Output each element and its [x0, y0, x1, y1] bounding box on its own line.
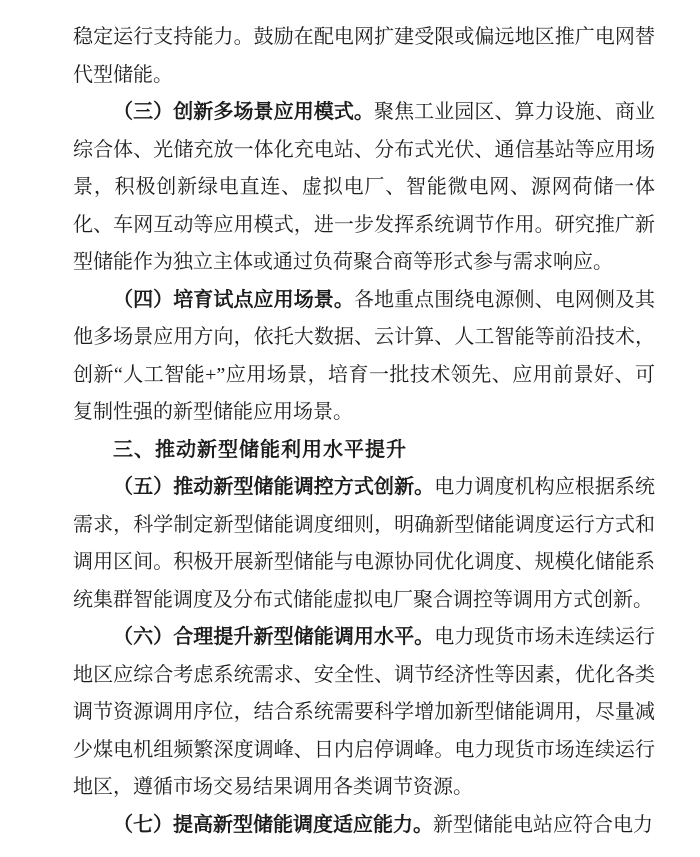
document-paragraph: （七）提高新型储能调度适应能力。新型储能电站应符合电力 — [73, 807, 655, 845]
section-heading: 三、推动新型储能利用水平提升 — [73, 432, 655, 470]
paragraph-body-text: 稳定运行支持能力。鼓励在配电网扩建受限或偏远地区推广电网替代型储能。 — [73, 26, 655, 86]
document-paragraph: 稳定运行支持能力。鼓励在配电网扩建受限或偏远地区推广电网替代型储能。 — [73, 19, 655, 94]
paragraph-lead-text: （五）推动新型储能调控方式创新。 — [113, 476, 434, 498]
document-body: 稳定运行支持能力。鼓励在配电网扩建受限或偏远地区推广电网替代型储能。（三）创新多… — [73, 19, 655, 844]
paragraph-lead-text: （六）合理提升新型储能调用水平。 — [113, 626, 434, 648]
paragraph-lead-text: 三、推动新型储能利用水平提升 — [113, 439, 407, 461]
paragraph-lead-text: （七）提高新型储能调度适应能力。 — [113, 814, 433, 836]
paragraph-lead-text: （三）创新多场景应用模式。 — [113, 101, 374, 123]
document-paragraph: （三）创新多场景应用模式。聚焦工业园区、算力设施、商业综合体、光储充放一体化充电… — [73, 94, 655, 282]
document-paragraph: （六）合理提升新型储能调用水平。电力现货市场未连续运行地区应综合考虑系统需求、安… — [73, 619, 655, 807]
document-paragraph: （四）培育试点应用场景。各地重点围绕电源侧、电网侧及其他多场景应用方向，依托大数… — [73, 282, 655, 432]
paragraph-lead-text: （四）培育试点应用场景。 — [113, 289, 354, 311]
document-page: 稳定运行支持能力。鼓励在配电网扩建受限或偏远地区推广电网替代型储能。（三）创新多… — [0, 0, 700, 857]
paragraph-body-text: 电力现货市场未连续运行地区应综合考虑系统需求、安全性、调节经济性等因素，优化各类… — [73, 626, 655, 798]
document-paragraph: （五）推动新型储能调控方式创新。电力调度机构应根据系统需求，科学制定新型储能调度… — [73, 469, 655, 619]
paragraph-body-text: 新型储能电站应符合电力 — [433, 814, 653, 836]
paragraph-body-text: 聚焦工业园区、算力设施、商业综合体、光储充放一体化充电站、分布式光伏、通信基站等… — [73, 101, 655, 273]
